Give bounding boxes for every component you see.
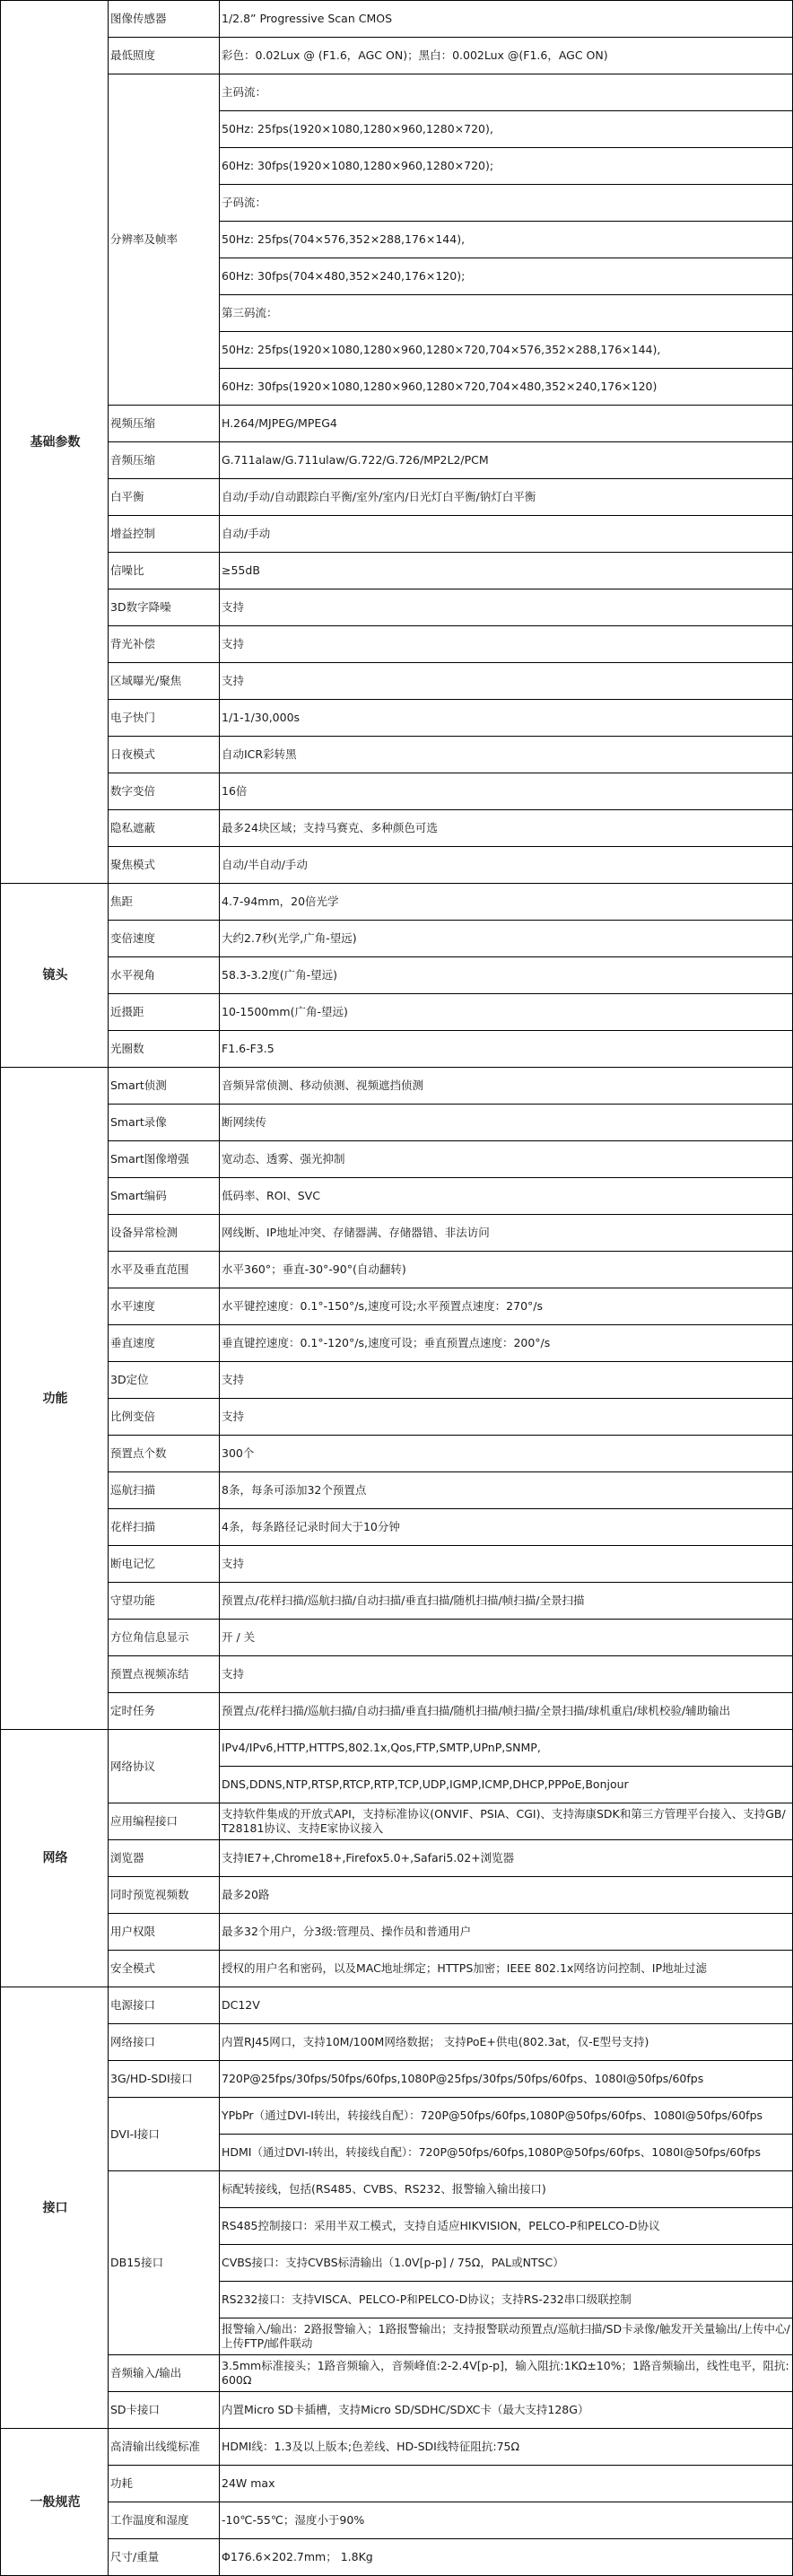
param-value-cell: 16倍	[220, 773, 793, 810]
category-cell: 功能	[1, 1068, 109, 1730]
param-name-cell: SD卡接口	[109, 2392, 220, 2429]
param-value-cell: 1/2.8” Progressive Scan CMOS	[220, 1, 793, 38]
param-value-cell: 授权的用户名和密码，以及MAC地址绑定；HTTPS加密；IEEE 802.1x网…	[220, 1951, 793, 1987]
param-value-cell: 1/1-1/30,000s	[220, 700, 793, 737]
table-row: 3D数字降噪支持	[1, 589, 793, 626]
table-row: 功能Smart侦测音频异常侦测、移动侦测、视频遮挡侦测	[1, 1068, 793, 1105]
param-value-cell: 低码率、ROI、SVC	[220, 1178, 793, 1215]
param-name-cell: 音频输入/输出	[109, 2355, 220, 2392]
table-row: 设备异常检测网线断、IP地址冲突、存储器满、存储器错、非法访问	[1, 1215, 793, 1252]
table-row: 变倍速度大约2.7秒(光学,广角-望远)	[1, 921, 793, 957]
table-row: 背光补偿支持	[1, 626, 793, 663]
param-value-cell: 水平360°；垂直-30°-90°(自动翻转)	[220, 1252, 793, 1288]
table-row: 分辨率及帧率主码流：	[1, 74, 793, 111]
table-row: 方位角信息显示开 / 关	[1, 1620, 793, 1656]
table-row: 一般规范高清输出线缆标准HDMI线：1.3及以上版本;色差线、HD-SDI线特征…	[1, 2429, 793, 2466]
table-row: 守望功能预置点/花样扫描/巡航扫描/自动扫描/垂直扫描/随机扫描/帧扫描/全景扫…	[1, 1583, 793, 1620]
param-value-cell: 断网续传	[220, 1105, 793, 1141]
param-name-cell: 电子快门	[109, 700, 220, 737]
param-value-cell: 报警输入/输出：2路报警输入；1路报警输出；支持报警联动预置点/巡航扫描/SD卡…	[220, 2318, 793, 2355]
param-name-cell: 断电记忆	[109, 1546, 220, 1583]
param-value-cell: 60Hz: 30fps(1920×1080,1280×960,1280×720)…	[220, 148, 793, 185]
param-value-cell: 300个	[220, 1436, 793, 1472]
param-name-cell: 最低照度	[109, 38, 220, 74]
param-name-cell: 3G/HD-SDI接口	[109, 2061, 220, 2098]
param-name-cell: 数字变倍	[109, 773, 220, 810]
param-value-cell: 50Hz: 25fps(1920×1080,1280×960,1280×720,…	[220, 332, 793, 369]
table-row: 花样扫描4条，每条路径记录时间大于10分钟	[1, 1509, 793, 1546]
table-row: 同时预览视频数最多20路	[1, 1877, 793, 1914]
param-name-cell: 白平衡	[109, 479, 220, 516]
table-row: 日夜模式自动ICR彩转黑	[1, 737, 793, 773]
param-name-cell: 水平视角	[109, 957, 220, 994]
param-name-cell: 预置点个数	[109, 1436, 220, 1472]
table-row: 数字变倍16倍	[1, 773, 793, 810]
param-value-cell: 支持	[220, 1546, 793, 1583]
param-value-cell: 最多20路	[220, 1877, 793, 1914]
param-value-cell: 支持	[220, 1399, 793, 1436]
param-name-cell: 背光补偿	[109, 626, 220, 663]
param-name-cell: 设备异常检测	[109, 1215, 220, 1252]
param-value-cell: 大约2.7秒(光学,广角-望远)	[220, 921, 793, 957]
param-value-cell: RS485控制接口：采用半双工模式，支持自适应HIKVISION，PELCO-P…	[220, 2208, 793, 2245]
param-name-cell: 比例变倍	[109, 1399, 220, 1436]
param-name-cell: 方位角信息显示	[109, 1620, 220, 1656]
param-value-cell: DNS,DDNS,NTP,RTSP,RTCP,RTP,TCP,UDP,IGMP,…	[220, 1767, 793, 1803]
param-name-cell: 垂直速度	[109, 1325, 220, 1362]
param-name-cell: Smart编码	[109, 1178, 220, 1215]
table-row: 网络接口内置RJ45网口，支持10M/100M网络数据； 支持PoE+供电(80…	[1, 2024, 793, 2061]
param-value-cell: 最多32个用户，分3级:管理员、操作员和普通用户	[220, 1914, 793, 1951]
param-name-cell: 应用编程接口	[109, 1803, 220, 1840]
param-value-cell: 支持	[220, 663, 793, 700]
param-name-cell: 焦距	[109, 884, 220, 921]
table-row: 浏览器支持IE7+,Chrome18+,Firefox5.0+,Safari5.…	[1, 1840, 793, 1877]
table-row: 音频输入/输出3.5mm标准接头；1路音频输入，音频峰值:2-2.4V[p-p]…	[1, 2355, 793, 2392]
param-value-cell: 预置点/花样扫描/巡航扫描/自动扫描/垂直扫描/随机扫描/帧扫描/全景扫描	[220, 1583, 793, 1620]
param-name-cell: 区域曝光/聚焦	[109, 663, 220, 700]
param-name-cell: 浏览器	[109, 1840, 220, 1877]
table-row: 视频压缩H.264/MJPEG/MPEG4	[1, 406, 793, 442]
table-row: 用户权限最多32个用户，分3级:管理员、操作员和普通用户	[1, 1914, 793, 1951]
param-value-cell: 预置点/花样扫描/巡航扫描/自动扫描/垂直扫描/随机扫描/帧扫描/全景扫描/球机…	[220, 1693, 793, 1730]
param-value-cell: F1.6-F3.5	[220, 1031, 793, 1068]
table-row: 安全模式授权的用户名和密码，以及MAC地址绑定；HTTPS加密；IEEE 802…	[1, 1951, 793, 1987]
param-value-cell: -10℃-55℃；湿度小于90%	[220, 2502, 793, 2539]
spec-table: 基础参数图像传感器1/2.8” Progressive Scan CMOS最低照…	[0, 0, 793, 2576]
param-name-cell: 尺寸/重量	[109, 2539, 220, 2576]
param-value-cell: 60Hz: 30fps(704×480,352×240,176×120);	[220, 258, 793, 295]
table-row: 增益控制自动/手动	[1, 516, 793, 553]
param-name-cell: 同时预览视频数	[109, 1877, 220, 1914]
param-name-cell: Smart图像增强	[109, 1141, 220, 1178]
param-value-cell: 4.7-94mm，20倍光学	[220, 884, 793, 921]
param-value-cell: YPbPr（通过DVI-I转出，转接线自配）：720P@50fps/60fps,…	[220, 2098, 793, 2135]
param-value-cell: 音频异常侦测、移动侦测、视频遮挡侦测	[220, 1068, 793, 1105]
category-cell: 一般规范	[1, 2429, 109, 2576]
table-row: DVI-I接口YPbPr（通过DVI-I转出，转接线自配）：720P@50fps…	[1, 2098, 793, 2135]
table-row: Smart录像断网续传	[1, 1105, 793, 1141]
table-row: 水平及垂直范围水平360°；垂直-30°-90°(自动翻转)	[1, 1252, 793, 1288]
category-cell: 网络	[1, 1730, 109, 1987]
table-row: 水平视角58.3-3.2度(广角-望远)	[1, 957, 793, 994]
table-row: 巡航扫描8条，每条可添加32个预置点	[1, 1472, 793, 1509]
table-row: 近摄距10-1500mm(广角-望远)	[1, 994, 793, 1031]
param-name-cell: 高清输出线缆标准	[109, 2429, 220, 2466]
param-value-cell: 支持	[220, 1656, 793, 1693]
param-name-cell: 预置点视频冻结	[109, 1656, 220, 1693]
param-value-cell: 50Hz: 25fps(1920×1080,1280×960,1280×720)…	[220, 111, 793, 148]
param-value-cell: 支持	[220, 1362, 793, 1399]
table-row: 白平衡自动/手动/自动跟踪白平衡/室外/室内/日光灯白平衡/钠灯白平衡	[1, 479, 793, 516]
table-row: 尺寸/重量Φ176.6×202.7mm； 1.8Kg	[1, 2539, 793, 2576]
param-name-cell: 用户权限	[109, 1914, 220, 1951]
param-value-cell: 彩色：0.02Lux @ (F1.6，AGC ON)；黑白：0.002Lux @…	[220, 38, 793, 74]
param-value-cell: 自动/手动	[220, 516, 793, 553]
param-value-cell: Φ176.6×202.7mm； 1.8Kg	[220, 2539, 793, 2576]
param-name-cell: 巡航扫描	[109, 1472, 220, 1509]
table-row: 基础参数图像传感器1/2.8” Progressive Scan CMOS	[1, 1, 793, 38]
param-value-cell: 支持	[220, 626, 793, 663]
param-name-cell: Smart录像	[109, 1105, 220, 1141]
param-name-cell: Smart侦测	[109, 1068, 220, 1105]
param-value-cell: 水平键控速度：0.1°-150°/s,速度可设;水平预置点速度：270°/s	[220, 1288, 793, 1325]
param-name-cell: 电源接口	[109, 1987, 220, 2024]
param-name-cell: 信噪比	[109, 553, 220, 589]
param-name-cell: 3D数字降噪	[109, 589, 220, 626]
param-value-cell: 支持	[220, 589, 793, 626]
param-value-cell: DC12V	[220, 1987, 793, 2024]
param-value-cell: IPv4/IPv6,HTTP,HTTPS,802.1x,Qos,FTP,SMTP…	[220, 1730, 793, 1767]
table-row: 功耗24W max	[1, 2466, 793, 2502]
table-row: 最低照度彩色：0.02Lux @ (F1.6，AGC ON)；黑白：0.002L…	[1, 38, 793, 74]
param-value-cell: 内置RJ45网口，支持10M/100M网络数据； 支持PoE+供电(802.3a…	[220, 2024, 793, 2061]
param-name-cell: 视频压缩	[109, 406, 220, 442]
param-value-cell: 宽动态、透雾、强光抑制	[220, 1141, 793, 1178]
table-row: 信噪比≥55dB	[1, 553, 793, 589]
param-value-cell: 最多24块区域；支持马赛克、多种颜色可选	[220, 810, 793, 847]
param-value-cell: 3.5mm标准接头；1路音频输入，音频峰值:2-2.4V[p-p]，输入阻抗:1…	[220, 2355, 793, 2392]
param-value-cell: HDMI（通过DVI-I转出，转接线自配）：720P@50fps/60fps,1…	[220, 2135, 793, 2171]
table-row: 光圈数F1.6-F3.5	[1, 1031, 793, 1068]
param-name-cell: 安全模式	[109, 1951, 220, 1987]
param-name-cell: 网络协议	[109, 1730, 220, 1803]
param-name-cell: 音频压缩	[109, 442, 220, 479]
param-name-cell: 聚焦模式	[109, 847, 220, 884]
param-value-cell: 4条，每条路径记录时间大于10分钟	[220, 1509, 793, 1546]
param-value-cell: ≥55dB	[220, 553, 793, 589]
category-cell: 基础参数	[1, 1, 109, 884]
param-name-cell: 工作温度和湿度	[109, 2502, 220, 2539]
param-name-cell: 图像传感器	[109, 1, 220, 38]
table-row: 断电记忆支持	[1, 1546, 793, 1583]
table-row: 水平速度水平键控速度：0.1°-150°/s,速度可设;水平预置点速度：270°…	[1, 1288, 793, 1325]
table-row: 3D定位支持	[1, 1362, 793, 1399]
table-row: 隐私遮蔽最多24块区域；支持马赛克、多种颜色可选	[1, 810, 793, 847]
table-row: 垂直速度垂直键控速度：0.1°-120°/s,速度可设；垂直预置点速度：200°…	[1, 1325, 793, 1362]
param-value-cell: G.711alaw/G.711ulaw/G.722/G.726/MP2L2/PC…	[220, 442, 793, 479]
param-value-cell: 24W max	[220, 2466, 793, 2502]
table-row: Smart编码低码率、ROI、SVC	[1, 1178, 793, 1215]
param-value-cell: 主码流：	[220, 74, 793, 111]
param-name-cell: 网络接口	[109, 2024, 220, 2061]
param-name-cell: 光圈数	[109, 1031, 220, 1068]
table-row: 预置点视频冻结支持	[1, 1656, 793, 1693]
table-row: 接口电源接口DC12V	[1, 1987, 793, 2024]
param-value-cell: 子码流：	[220, 185, 793, 222]
param-value-cell: HDMI线：1.3及以上版本;色差线、HD-SDI线特征阻抗:75Ω	[220, 2429, 793, 2466]
param-value-cell: 内置Micro SD卡插槽，支持Micro SD/SDHC/SDXC卡（最大支持…	[220, 2392, 793, 2429]
param-value-cell: 支持软件集成的开放式API，支持标准协议(ONVIF、PSIA、CGI)、支持海…	[220, 1803, 793, 1840]
param-name-cell: 增益控制	[109, 516, 220, 553]
spec-table-body: 基础参数图像传感器1/2.8” Progressive Scan CMOS最低照…	[1, 1, 793, 2576]
param-name-cell: 分辨率及帧率	[109, 74, 220, 406]
param-value-cell: 开 / 关	[220, 1620, 793, 1656]
param-value-cell: 自动/手动/自动跟踪白平衡/室外/室内/日光灯白平衡/钠灯白平衡	[220, 479, 793, 516]
param-name-cell: 变倍速度	[109, 921, 220, 957]
table-row: 工作温度和湿度-10℃-55℃；湿度小于90%	[1, 2502, 793, 2539]
table-row: 镜头焦距4.7-94mm，20倍光学	[1, 884, 793, 921]
param-name-cell: 水平速度	[109, 1288, 220, 1325]
param-name-cell: 日夜模式	[109, 737, 220, 773]
table-row: 应用编程接口支持软件集成的开放式API，支持标准协议(ONVIF、PSIA、CG…	[1, 1803, 793, 1840]
param-value-cell: 58.3-3.2度(广角-望远)	[220, 957, 793, 994]
param-name-cell: 定时任务	[109, 1693, 220, 1730]
table-row: 电子快门1/1-1/30,000s	[1, 700, 793, 737]
param-value-cell: 60Hz: 30fps(1920×1080,1280×960,1280×720,…	[220, 369, 793, 406]
param-value-cell: RS232接口：支持VISCA、PELCO-P和PELCO-D协议；支持RS-2…	[220, 2282, 793, 2318]
table-row: 3G/HD-SDI接口720P@25fps/30fps/50fps/60fps,…	[1, 2061, 793, 2098]
param-name-cell: 3D定位	[109, 1362, 220, 1399]
table-row: DB15接口标配转接线，包括(RS485、CVBS、RS232、报警输入输出接口…	[1, 2171, 793, 2208]
table-row: 网络网络协议IPv4/IPv6,HTTP,HTTPS,802.1x,Qos,FT…	[1, 1730, 793, 1767]
table-row: 预置点个数300个	[1, 1436, 793, 1472]
table-row: 聚焦模式自动/半自动/手动	[1, 847, 793, 884]
table-row: 比例变倍支持	[1, 1399, 793, 1436]
param-value-cell: H.264/MJPEG/MPEG4	[220, 406, 793, 442]
table-row: 定时任务预置点/花样扫描/巡航扫描/自动扫描/垂直扫描/随机扫描/帧扫描/全景扫…	[1, 1693, 793, 1730]
param-value-cell: 自动ICR彩转黑	[220, 737, 793, 773]
param-value-cell: 第三码流：	[220, 295, 793, 332]
param-value-cell: 垂直键控速度：0.1°-120°/s,速度可设；垂直预置点速度：200°/s	[220, 1325, 793, 1362]
param-name-cell: 隐私遮蔽	[109, 810, 220, 847]
param-value-cell: 50Hz: 25fps(704×576,352×288,176×144),	[220, 222, 793, 258]
param-value-cell: 720P@25fps/30fps/50fps/60fps,1080P@25fps…	[220, 2061, 793, 2098]
table-row: Smart图像增强宽动态、透雾、强光抑制	[1, 1141, 793, 1178]
param-value-cell: 标配转接线，包括(RS485、CVBS、RS232、报警输入输出接口)	[220, 2171, 793, 2208]
param-name-cell: 花样扫描	[109, 1509, 220, 1546]
param-value-cell: 自动/半自动/手动	[220, 847, 793, 884]
category-cell: 镜头	[1, 884, 109, 1068]
param-name-cell: 近摄距	[109, 994, 220, 1031]
param-value-cell: 10-1500mm(广角-望远)	[220, 994, 793, 1031]
param-name-cell: DVI-I接口	[109, 2098, 220, 2171]
table-row: SD卡接口内置Micro SD卡插槽，支持Micro SD/SDHC/SDXC卡…	[1, 2392, 793, 2429]
param-value-cell: CVBS接口：支持CVBS标清输出（1.0V[p-p] / 75Ω，PAL或NT…	[220, 2245, 793, 2282]
table-row: 音频压缩G.711alaw/G.711ulaw/G.722/G.726/MP2L…	[1, 442, 793, 479]
param-name-cell: 水平及垂直范围	[109, 1252, 220, 1288]
param-name-cell: 守望功能	[109, 1583, 220, 1620]
param-value-cell: 支持IE7+,Chrome18+,Firefox5.0+,Safari5.02+…	[220, 1840, 793, 1877]
param-name-cell: DB15接口	[109, 2171, 220, 2355]
param-name-cell: 功耗	[109, 2466, 220, 2502]
table-row: 区域曝光/聚焦支持	[1, 663, 793, 700]
param-value-cell: 网线断、IP地址冲突、存储器满、存储器错、非法访问	[220, 1215, 793, 1252]
category-cell: 接口	[1, 1987, 109, 2429]
param-value-cell: 8条，每条可添加32个预置点	[220, 1472, 793, 1509]
